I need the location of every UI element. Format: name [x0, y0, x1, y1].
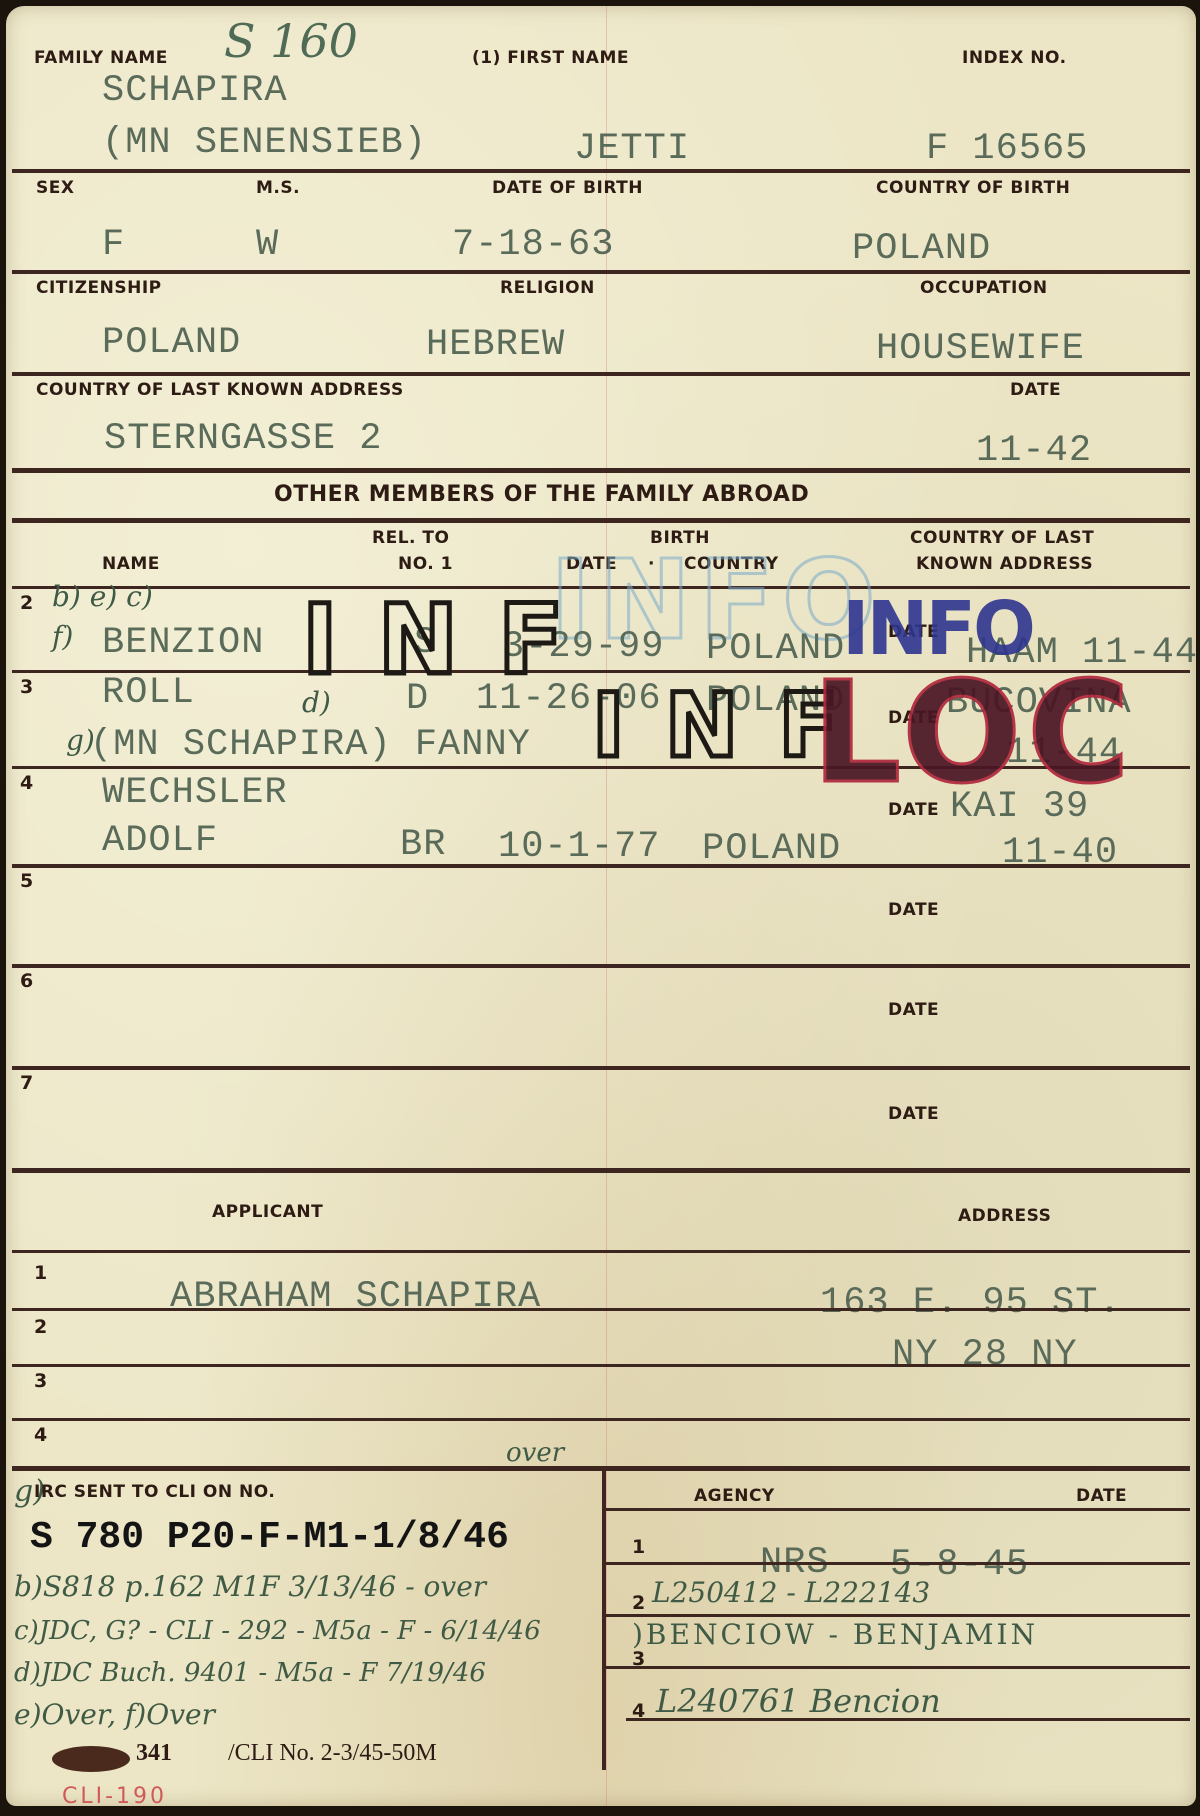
divider [606, 1614, 1190, 1617]
address-date-value: 11-42 [976, 430, 1092, 472]
religion-value: HEBREW [426, 324, 565, 366]
index-number-value: F 16565 [926, 128, 1088, 170]
row-number: 7 [20, 1072, 33, 1094]
divider [12, 468, 1190, 473]
divider [12, 1066, 1190, 1070]
occupation-value: HOUSEWIFE [876, 328, 1085, 370]
inf-stamp-upper: INF [302, 584, 604, 696]
index-card: FAMILY NAME S 160 (1) FIRST NAME INDEX N… [6, 6, 1196, 1806]
row-number: 4 [20, 772, 33, 794]
form-number: 341 [136, 1740, 172, 1767]
row-number: 6 [20, 970, 33, 992]
divider [12, 1418, 1190, 1421]
member-name: BENZION [102, 622, 264, 664]
member-first-name: ADOLF [102, 820, 218, 862]
first-name-value: JETTI [574, 128, 690, 170]
irc-note: c)JDC, G? - CLI - 292 - M5a - F - 6/14/4… [14, 1616, 541, 1646]
date-of-birth-label: DATE OF BIRTH [492, 178, 643, 198]
divider [12, 1168, 1190, 1173]
col-name: NAME [102, 554, 160, 574]
form-code: /CLI No. 2-3/45-50M [228, 1740, 437, 1767]
agency-value: L250412 - L222143 [652, 1576, 930, 1609]
irc-note: d)JDC Buch. 9401 - M5a - F 7/19/46 [14, 1658, 486, 1688]
divider [12, 1250, 1190, 1253]
union-label-seal-icon [52, 1746, 130, 1772]
divider [12, 1466, 1190, 1471]
column-divider [602, 1470, 606, 1770]
center-guide-line [606, 6, 607, 1806]
col-last-address-2: KNOWN ADDRESS [916, 554, 1093, 574]
irc-note: b)S818 p.162 M1F 3/13/46 - over [14, 1570, 486, 1603]
row-number: 1 [34, 1262, 47, 1284]
divider [12, 169, 1190, 173]
member-birth-date: 10-1-77 [498, 826, 660, 868]
agency-label: AGENCY [694, 1486, 775, 1506]
citizenship-label: CITIZENSHIP [36, 278, 162, 298]
row-number: 3 [34, 1370, 47, 1392]
family-abroad-title: OTHER MEMBERS OF THE FAMILY ABROAD [274, 482, 809, 507]
col-relation-1: REL. TO [372, 528, 449, 548]
row-number: 2 [34, 1316, 47, 1338]
address-date-label: DATE [1010, 380, 1061, 400]
member-relation: BR [400, 824, 446, 866]
col-relation-2: NO. 1 [398, 554, 453, 574]
row-number: 1 [632, 1536, 645, 1558]
agency-date-label: DATE [1076, 1486, 1127, 1506]
annotation-marks: b) e) c) [52, 580, 153, 613]
marital-status-value: W [256, 224, 279, 266]
divider [12, 270, 1190, 274]
row-number: 4 [34, 1424, 47, 1446]
member-maiden-name: (MN SCHAPIRA) FANNY [90, 724, 531, 766]
religion-label: RELIGION [500, 278, 595, 298]
country-of-birth-label: COUNTRY OF BIRTH [876, 178, 1070, 198]
loc-stamp: LOC [812, 652, 1136, 815]
divider [606, 1562, 1190, 1565]
irc-label: IRC SENT TO CLI ON NO. [34, 1482, 275, 1502]
date-label: DATE [888, 900, 939, 920]
divider [12, 372, 1190, 376]
divider [12, 518, 1190, 523]
maiden-name-value: (MN SENENSIEB) [102, 122, 427, 164]
row-number: 5 [20, 870, 33, 892]
handwritten-over: over [506, 1438, 564, 1468]
family-name-value: SCHAPIRA [102, 70, 288, 112]
divider [606, 1666, 1190, 1669]
date-of-birth-value: 7-18-63 [452, 224, 614, 266]
citizenship-value: POLAND [102, 322, 241, 364]
agency-value: )BENCIOW - BENJAMIN [632, 1618, 1038, 1651]
country-of-birth-value: POLAND [852, 228, 991, 270]
irc-note: e)Over, f)Over [14, 1698, 215, 1731]
applicant-address-line2: NY 28 NY [892, 1334, 1078, 1376]
sex-label: SEX [36, 178, 74, 198]
divider [12, 964, 1190, 968]
applicant-address-label: ADDRESS [958, 1206, 1051, 1226]
row-number: 3 [20, 676, 33, 698]
divider [626, 1718, 1190, 1721]
handwritten-file-number: S 160 [224, 14, 358, 68]
annotation-mark-f: f) [52, 620, 73, 653]
applicant-name: ABRAHAM SCHAPIRA [170, 1276, 541, 1318]
marital-status-label: M.S. [256, 178, 300, 198]
divider [12, 1364, 1190, 1367]
divider [12, 864, 1190, 868]
divider [606, 1508, 1190, 1511]
applicant-label: APPLICANT [212, 1202, 323, 1222]
date-label: DATE [888, 1000, 939, 1020]
irc-number: S 780 P20-F-M1-1/8/46 [30, 1516, 509, 1559]
row-number: 2 [632, 1592, 645, 1614]
occupation-label: OCCUPATION [920, 278, 1048, 298]
family-name-label: FAMILY NAME [34, 48, 168, 68]
first-name-label: (1) FIRST NAME [472, 48, 629, 68]
applicant-address-line1: 163 E. 95 ST. [820, 1282, 1122, 1324]
agency-value: L240761 Bencion [656, 1682, 941, 1720]
sex-value: F [102, 224, 125, 266]
member-name: WECHSLER [102, 772, 288, 814]
index-number-label: INDEX NO. [962, 48, 1067, 68]
col-last-address-1: COUNTRY OF LAST [910, 528, 1094, 548]
member-name: ROLL [102, 672, 195, 714]
last-address-value: STERNGASSE 2 [104, 418, 382, 460]
red-annotation: CLI-190 [62, 1784, 167, 1809]
divider [12, 1308, 1190, 1311]
last-address-label: COUNTRY OF LAST KNOWN ADDRESS [36, 380, 404, 400]
date-label: DATE [888, 1104, 939, 1124]
row-number: 2 [20, 592, 33, 614]
